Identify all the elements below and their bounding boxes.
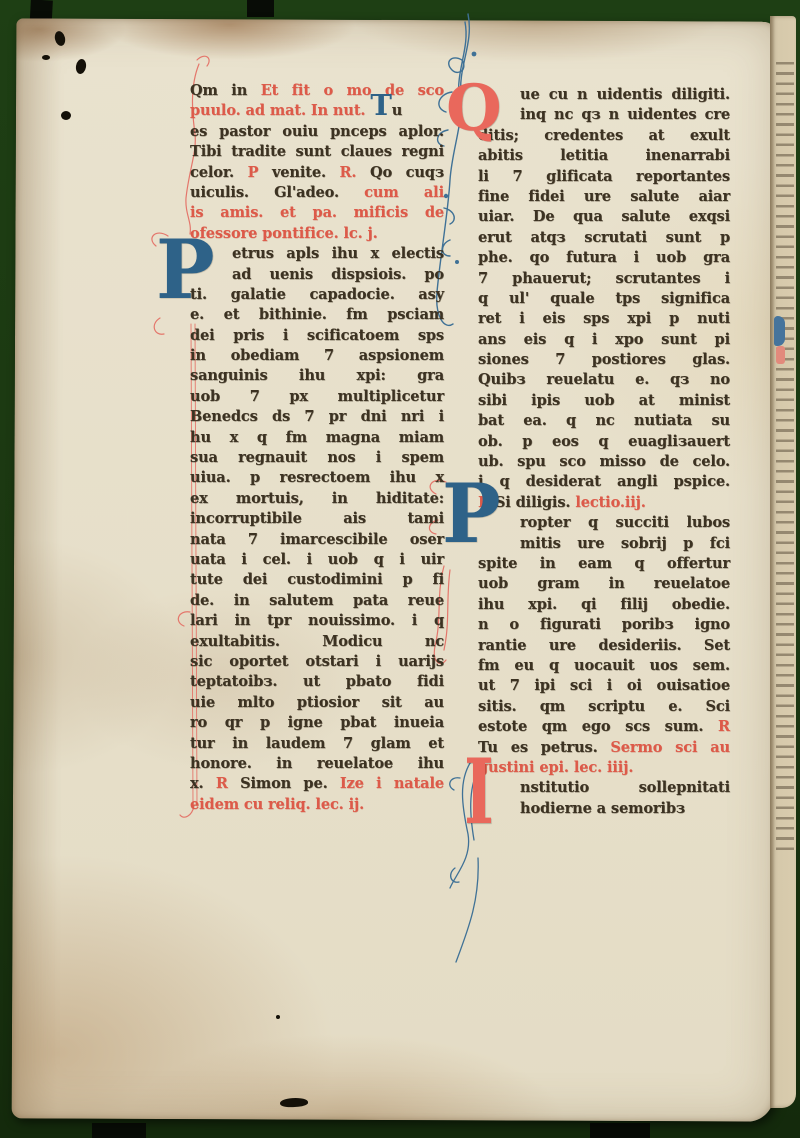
rubric-text: ofessore pontifice. lc. j. <box>190 225 378 242</box>
body-text: Qm in <box>190 82 261 99</box>
manuscript-text-line: phe. qo futura i uob gra <box>478 248 730 268</box>
body-text: dei pris i scificatoem sps <box>190 327 444 344</box>
manuscript-text-line: dei pris i scificatoem sps <box>190 326 444 346</box>
rubric-text: is amis. et pa. mificis de <box>190 204 444 221</box>
body-text: teptatoibз. ut pbato fidi <box>190 673 444 690</box>
body-text: tute dei custodimini p fi <box>190 571 444 588</box>
body-text: phe. qo futura i uob gra <box>478 249 730 266</box>
manuscript-text-line: tur in laudem 7 glam et <box>190 734 444 754</box>
manuscript-text-line: exultabitis. Modicu nc <box>190 632 444 652</box>
rubric-text: eidem cu reliq. lec. ij. <box>190 796 364 813</box>
body-text: siones 7 postiores glas. <box>478 351 730 368</box>
rubric-text: cum ali <box>364 184 444 201</box>
binding-shadow-top-mid <box>247 0 274 17</box>
manuscript-text-line: bat ea. q nc nutiata su <box>478 411 730 431</box>
body-text: honore. in reuelatoe ihu <box>190 755 444 772</box>
body-text: venite. <box>272 164 340 181</box>
manuscript-text-line: hodierne a semoribз <box>478 799 730 819</box>
ink-spot <box>42 55 50 60</box>
body-text: inq nc qз n uidentes cre <box>520 106 730 123</box>
manuscript-text-line: abitis letitia inenarrabi <box>478 146 730 166</box>
manuscript-text-line: uob gram in reuelatoe <box>478 574 730 594</box>
body-text: fm eu q uocauit uos sem. <box>478 657 730 674</box>
manuscript-text-line: Tibi tradite sunt claues regni <box>190 142 444 162</box>
body-text: ropter q succiti lubos <box>520 514 730 531</box>
manuscript-text-line: ans eis q i xpo sunt pi <box>478 330 730 350</box>
manuscript-text-line: gustini epi. lec. iiij. <box>478 758 730 778</box>
body-text: etrus apls ihu x electis <box>232 245 444 262</box>
manuscript-text-line: mitis ure sobrij p fci <box>478 534 730 554</box>
rubric-text: R. <box>339 164 369 181</box>
rubric-text: lectio.iij. <box>575 494 645 511</box>
manuscript-text-line: etrus apls ihu x electis <box>190 244 444 264</box>
blue-initial-text: T <box>370 88 391 122</box>
body-text: ihu xpi. qi filij obedie. <box>478 596 730 613</box>
body-text: ro qr p igne pbat inueia <box>190 714 444 731</box>
rubric-text: Sermo sci au <box>610 739 730 756</box>
body-text: bat ea. q nc nutiata su <box>478 412 730 429</box>
body-text: ub. spu sco misso de celo. <box>478 453 730 470</box>
manuscript-text-line: ut 7 ipi sci i oi ouisatioe <box>478 676 730 696</box>
manuscript-text-line: sic oportet otstari i uarijs <box>190 652 444 672</box>
manuscript-text-line: e. et bithinie. fm psciam <box>190 305 444 325</box>
manuscript-text-line: sua regnauit nos i spem <box>190 448 444 468</box>
manuscript-text-line: inq nc qз n uidentes cre <box>478 105 730 125</box>
body-text: i q desiderat angli pspice. <box>478 473 730 490</box>
body-text: abitis letitia inenarrabi <box>478 147 730 164</box>
body-text: uiar. De qua salute exqsi <box>478 208 730 225</box>
body-text: nstitutio sollepnitati <box>520 779 730 796</box>
next-folio-red-initial <box>776 346 785 364</box>
body-text: hu x q fm magna miam <box>190 429 444 446</box>
manuscript-text-line: ropter q succiti lubos <box>478 513 730 533</box>
manuscript-text-line: celor. P venite. R. Qo cuqз <box>190 163 444 183</box>
manuscript-text-line: de. in salutem pata reue <box>190 591 444 611</box>
manuscript-text-line: nata 7 imarcescibile oser <box>190 530 444 550</box>
manuscript-text-line: uata i cel. i uob q i uir <box>190 550 444 570</box>
manuscript-text-line: x. R Simon pe. Ize i natale <box>190 774 444 794</box>
manuscript-text-line: hu x q fm magna miam <box>190 428 444 448</box>
body-text: nata 7 imarcescibile oser <box>190 531 444 548</box>
body-text: ut 7 ipi sci i oi ouisatioe <box>478 677 730 694</box>
manuscript-text-line: ue cu n uidentis diligiti. <box>478 85 730 105</box>
manuscript-text-line: ditis; credentes at exult <box>478 126 730 146</box>
body-text: mitis ure sobrij p fci <box>520 535 730 552</box>
manuscript-text-line: in obediam 7 aspsionem <box>190 346 444 366</box>
body-text: uie mlto ptiosior sit au <box>190 694 444 711</box>
body-text: sibi ipis uob at minist <box>478 392 730 409</box>
body-text: uiculis. Gl'adeo. <box>190 184 364 201</box>
manuscript-text-line: uiua. p resrectoem ihu x <box>190 468 444 488</box>
manuscript-text-line: ret i eis sps xpi p nuti <box>478 309 730 329</box>
manuscript-text-line: is amis. et pa. mificis de <box>190 203 444 223</box>
body-text: rantie ure desideriis. Set <box>478 637 730 654</box>
body-text: q ul' quale tps significa <box>478 290 730 307</box>
manuscript-text-line: sitis. qm scriptu e. Sci <box>478 697 730 717</box>
photograph-of-manuscript: { "palette": { "backdrop_green": "#1b371… <box>0 0 800 1138</box>
rubric-text: R <box>478 494 495 511</box>
manuscript-text-line: nstitutio sollepnitati <box>478 778 730 798</box>
rubric-text: puulo. ad mat. In nut. <box>190 102 370 119</box>
manuscript-text-line: eidem cu reliq. lec. ij. <box>190 795 444 815</box>
rubric-text: gustini epi. lec. iiij. <box>478 759 633 776</box>
manuscript-text-line: ob. p eos q euagliзauert <box>478 432 730 452</box>
manuscript-text-line: ro qr p igne pbat inueia <box>190 713 444 733</box>
body-text: spite in eam q offertur <box>478 555 730 572</box>
manuscript-text-line: ofessore pontifice. lc. j. <box>190 224 444 244</box>
body-text: uob 7 px multiplicetur <box>190 388 444 405</box>
body-text: fine fidei ure salute aiar <box>478 188 730 205</box>
text-column-right: ue cu n uidentis diligiti.inq nc qз n ui… <box>478 85 730 819</box>
next-folio-blue-initial <box>774 316 785 346</box>
rubric-text: P <box>248 164 272 181</box>
manuscript-text-line: fine fidei ure salute aiar <box>478 187 730 207</box>
manuscript-text-line: Benedcs ds 7 pr dni nri i <box>190 407 444 427</box>
body-text: ditis; credentes at exult <box>478 127 730 144</box>
manuscript-text-line: uiar. De qua salute exqsi <box>478 207 730 227</box>
body-text: uiua. p resrectoem ihu x <box>190 469 444 486</box>
body-text: Quibз reuelatu e. qз no <box>478 371 730 388</box>
manuscript-text-line: ihu xpi. qi filij obedie. <box>478 595 730 615</box>
manuscript-text-line: ad uenis dispsiois. po <box>190 265 444 285</box>
manuscript-text-line: puulo. ad mat. In nut. Tu <box>190 101 444 121</box>
manuscript-text-line: honore. in reuelatoe ihu <box>190 754 444 774</box>
body-text: tur in laudem 7 glam et <box>190 735 444 752</box>
body-text: hodierne a semoribз <box>520 800 685 817</box>
manuscript-text-line: lari in tpr nouissimo. i q <box>190 611 444 631</box>
body-text: li 7 glificata reportantes <box>478 168 730 185</box>
text-column-left: Qm in Et fit o mo de scopuulo. ad mat. I… <box>190 81 444 815</box>
manuscript-text-line: Quibз reuelatu e. qз no <box>478 370 730 390</box>
body-text: uob gram in reuelatoe <box>478 575 730 592</box>
ink-spot <box>276 1015 280 1019</box>
body-text: ans eis q i xpo sunt pi <box>478 331 730 348</box>
body-text: erut atqз scrutati sunt p <box>478 229 730 246</box>
rubric-text: Et fit o mo de sco <box>261 82 444 99</box>
manuscript-text-line: uie mlto ptiosior sit au <box>190 693 444 713</box>
body-text: de. in salutem pata reue <box>190 592 444 609</box>
binding-shadow-bottom-left <box>92 1123 146 1138</box>
manuscript-text-line: fm eu q uocauit uos sem. <box>478 656 730 676</box>
body-text: sua regnauit nos i spem <box>190 449 444 466</box>
body-text: exultabitis. Modicu nc <box>190 633 444 650</box>
manuscript-text-line: ex mortuis, in hiditate: <box>190 489 444 509</box>
body-text: ad uenis dispsiois. po <box>232 266 444 283</box>
manuscript-text-line: rantie ure desideriis. Set <box>478 636 730 656</box>
body-text: Simon pe. <box>240 775 340 792</box>
body-text: celor. <box>190 164 248 181</box>
manuscript-text-line: 7 phauerut; scrutantes i <box>478 269 730 289</box>
body-text: ue cu n uidentis diligiti. <box>520 86 730 103</box>
manuscript-text-line: tute dei custodimini p fi <box>190 570 444 590</box>
body-text: x. <box>190 775 216 792</box>
body-text: Tu es petrus. <box>478 739 610 756</box>
manuscript-text-line: estote qm ego scs sum. R <box>478 717 730 737</box>
manuscript-text-line: uiculis. Gl'adeo. cum ali <box>190 183 444 203</box>
body-text: Si diligis. <box>495 494 575 511</box>
manuscript-text-line: uob 7 px multiplicetur <box>190 387 444 407</box>
manuscript-text-line: teptatoibз. ut pbato fidi <box>190 672 444 692</box>
body-text: sitis. qm scriptu e. Sci <box>478 698 730 715</box>
body-text: Qo cuqз <box>370 164 444 181</box>
rubric-text: Ize i natale <box>340 775 444 792</box>
body-text: Tibi tradite sunt claues regni <box>190 143 444 160</box>
binding-shadow-bottom-mid <box>590 1123 650 1138</box>
manuscript-text-line: ub. spu sco misso de celo. <box>478 452 730 472</box>
body-text: sanguinis ihu xpi: gra <box>190 367 444 384</box>
body-text: lari in tpr nouissimo. i q <box>190 612 444 629</box>
body-text: u <box>392 102 402 119</box>
body-text: 7 phauerut; scrutantes i <box>478 270 730 287</box>
next-folio-textlines <box>776 62 794 850</box>
manuscript-text-line: q ul' quale tps significa <box>478 289 730 309</box>
rubric-text: R <box>216 775 240 792</box>
next-folio-edge <box>770 16 796 1108</box>
body-text: n o figurati poribз igno <box>478 616 730 633</box>
body-text: uata i cel. i uob q i uir <box>190 551 444 568</box>
body-text: incorruptibile ais tami <box>190 510 444 527</box>
body-text: e. et bithinie. fm psciam <box>190 306 444 323</box>
body-text: ret i eis sps xpi p nuti <box>478 310 730 327</box>
manuscript-text-line: n o figurati poribз igno <box>478 615 730 635</box>
body-text: in obediam 7 aspsionem <box>190 347 444 364</box>
body-text: ob. p eos q euagliзauert <box>478 433 730 450</box>
manuscript-text-line: spite in eam q offertur <box>478 554 730 574</box>
manuscript-text-line: i q desiderat angli pspice. <box>478 472 730 492</box>
body-text: Benedcs ds 7 pr dni nri i <box>190 408 444 425</box>
body-text: ti. galatie capadocie. asy <box>190 286 444 303</box>
rubric-text: R <box>718 718 730 735</box>
manuscript-text-line: erut atqз scrutati sunt p <box>478 228 730 248</box>
manuscript-text-line: siones 7 postiores glas. <box>478 350 730 370</box>
body-text: sic oportet otstari i uarijs <box>190 653 444 670</box>
manuscript-text-line: Qm in Et fit o mo de sco <box>190 81 444 101</box>
manuscript-text-line: sanguinis ihu xpi: gra <box>190 366 444 386</box>
manuscript-text-line: R Si diligis. lectio.iij. <box>478 493 730 513</box>
manuscript-text-line: es pastor ouiu pnceps aplor. <box>190 122 444 142</box>
manuscript-text-line: ti. galatie capadocie. asy <box>190 285 444 305</box>
manuscript-text-line: li 7 glificata reportantes <box>478 167 730 187</box>
body-text: estote qm ego scs sum. <box>478 718 718 735</box>
manuscript-text-line: incorruptibile ais tami <box>190 509 444 529</box>
body-text: ex mortuis, in hiditate: <box>190 490 444 507</box>
body-text: es pastor ouiu pnceps aplor. <box>190 123 444 140</box>
ink-spot <box>61 111 71 120</box>
manuscript-text-line: sibi ipis uob at minist <box>478 391 730 411</box>
manuscript-text-line: Tu es petrus. Sermo sci au <box>478 738 730 758</box>
